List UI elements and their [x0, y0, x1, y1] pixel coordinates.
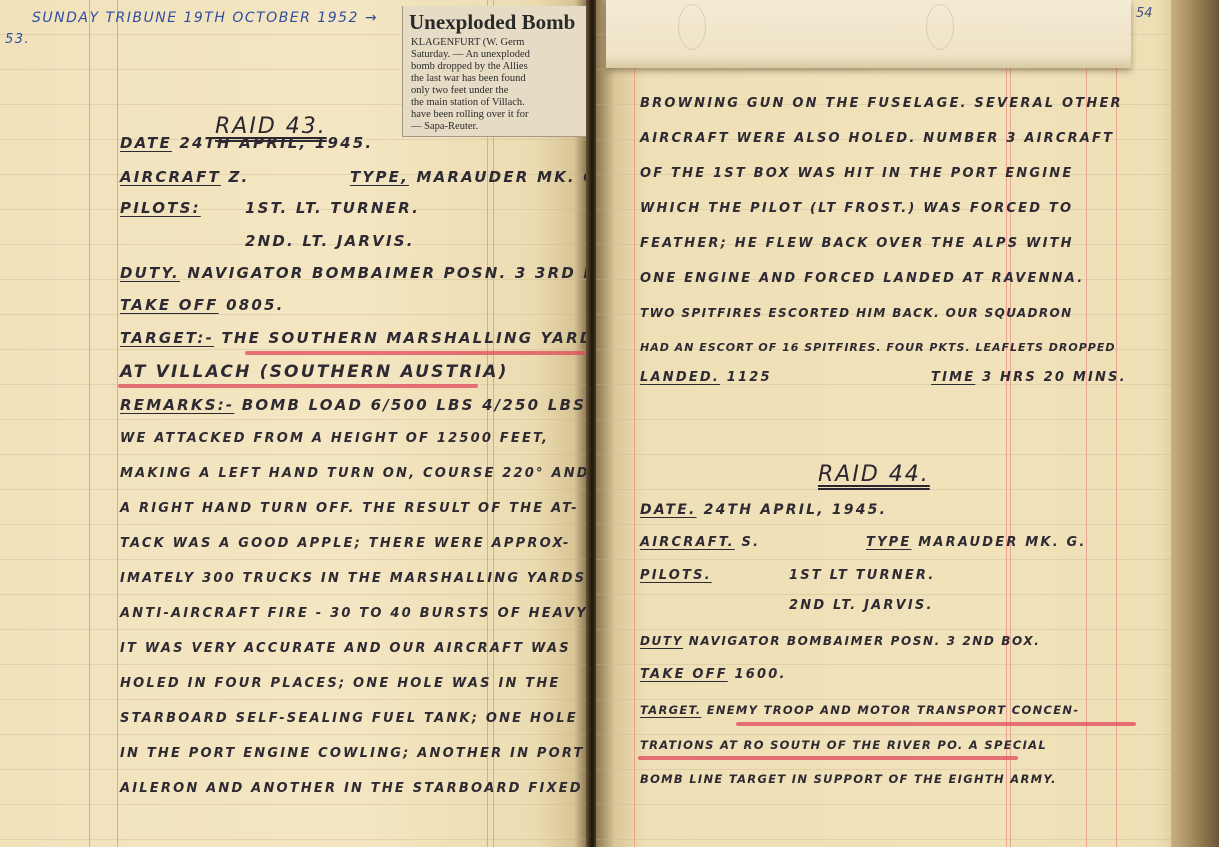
takeoff-row: TAKE OFF 0805. — [120, 296, 285, 314]
continuation-line: ONE ENGINE AND FORCED LANDED AT RAVENNA. — [640, 271, 1084, 286]
remarks-line: ANTI-AIRCRAFT FIRE - 30 to 40 BURSTS OF … — [120, 606, 592, 621]
clipping-line: the last war has been found — [411, 73, 592, 85]
target-line-3: BOMB LINE TARGET IN SUPPORT OF THE EIGHT… — [640, 772, 1057, 786]
margin-rule — [1006, 0, 1007, 847]
duty-row: DUTY NAVIGATOR BOMBAIMER POSN. 3 2ND BOX… — [640, 634, 1040, 648]
folded-paper-strip — [606, 0, 1131, 68]
aircraft-value: Z. — [228, 168, 249, 186]
date-value: 24th APRIL, 1945. — [704, 502, 888, 518]
clipping-line: bomb dropped by the Allies — [411, 61, 592, 73]
aircraft-label: AIRCRAFT — [120, 168, 221, 186]
duty-label: DUTY — [640, 634, 683, 648]
date-row: DATE 24th APRIL, 1945. — [120, 134, 373, 152]
right-page: 54 BROWNING GUN ON THE FUSELAGE. SEVERAL… — [596, 0, 1219, 847]
pilot-2: 2ND LT. JARVIS. — [789, 598, 934, 613]
red-underline — [118, 384, 478, 388]
newspaper-clipping: Unexploded Bomb KLAGENFURT (W. Germ Satu… — [402, 6, 592, 137]
pilots-label: PILOTS: — [120, 199, 201, 217]
pilot-1: 1ST. LT. TURNER. — [245, 199, 420, 217]
type-value: MARAUDER MK. G — [416, 168, 592, 186]
clipping-line: have been rolling over it for — [411, 109, 592, 121]
clipping-line: — Sapa-Reuter. — [411, 121, 592, 133]
margin-rule — [1010, 0, 1011, 847]
duty-label: DUTY. — [120, 264, 180, 282]
date-label: DATE — [120, 134, 172, 152]
target-row: TARGET. ENEMY TROOP AND MOTOR TRANSPORT … — [640, 703, 1079, 717]
takeoff-label: TAKE OFF — [640, 667, 728, 682]
page-number: 53. — [5, 32, 30, 47]
margin-rule — [634, 0, 635, 847]
red-underline — [245, 351, 585, 355]
remarks-line: MAKING A LEFT HAND TURN ON, COURSE 220° … — [120, 466, 590, 481]
date-label: DATE. — [640, 502, 697, 518]
page-edges — [1171, 0, 1219, 847]
remarks-line: WE ATTACKED FROM A HEIGHT OF 12500 FEET, — [120, 431, 549, 446]
remarks-line: STARBOARD SELF-SEALING FUEL TANK; ONE HO… — [120, 711, 578, 726]
landed-value: 1125 — [727, 370, 772, 385]
remarks-row: REMARKS:- BOMB LOAD 6/500 lbs 4/250 lbs. — [120, 396, 592, 414]
red-underline — [638, 756, 1018, 760]
left-page: 53. SUNDAY TRIBUNE 19th OCTOBER 1952 → U… — [0, 0, 592, 847]
target-label: TARGET. — [640, 703, 701, 717]
margin-rule — [1086, 0, 1087, 847]
pilots-label-text: PILOTS. — [640, 568, 712, 583]
remarks-line: IMATELY 300 TRUCKS IN THE MARSHALLING YA… — [120, 571, 592, 586]
target-line-1: THE SOUTHERN MARSHALLING YARD — [221, 329, 592, 347]
continuation-line: FEATHER; HE FLEW BACK OVER THE ALPS WITH — [640, 236, 1074, 251]
newspaper-reference: SUNDAY TRIBUNE 19th OCTOBER 1952 → — [32, 10, 378, 26]
target-line-1: ENEMY TROOP AND MOTOR TRANSPORT CONCEN- — [707, 703, 1080, 717]
aircraft-label: AIRCRAFT. — [640, 535, 735, 550]
aircraft-row: AIRCRAFT Z. — [120, 168, 249, 186]
page-number: 54 — [1136, 6, 1153, 21]
type-label: TYPE — [866, 535, 912, 550]
continuation-line: BROWNING GUN ON THE FUSELAGE. SEVERAL OT… — [640, 96, 1123, 111]
remarks-value: BOMB LOAD 6/500 lbs 4/250 lbs. — [242, 396, 592, 414]
pilots-label-text: PILOTS: — [120, 199, 201, 217]
time-label: TIME — [931, 370, 975, 385]
clipping-line: only two feet under the — [411, 85, 592, 97]
clipping-body: KLAGENFURT (W. Germ Saturday. — An unexp… — [403, 35, 592, 133]
margin-rule — [1116, 0, 1117, 847]
continuation-line: OF THE 1ST BOX WAS HIT IN THE PORT ENGIN… — [640, 166, 1073, 181]
time-row: TIME 3 HRS 20 MINS. — [931, 370, 1127, 385]
time-value: 3 HRS 20 MINS. — [982, 370, 1127, 385]
type-value: MARAUDER MK. G. — [918, 535, 1086, 550]
takeoff-label: TAKE OFF — [120, 296, 219, 314]
continuation-line: HAD AN ESCORT OF 16 SPITFIRES. FOUR PKTS… — [640, 341, 1116, 354]
logbook-spread: 53. SUNDAY TRIBUNE 19th OCTOBER 1952 → U… — [0, 0, 1219, 847]
ruled-lines — [596, 0, 1219, 847]
red-underline — [736, 722, 1136, 726]
duty-value: NAVIGATOR BOMBAIMER POSN. 3 3rd BOX — [187, 264, 592, 282]
margin-rule — [117, 0, 118, 847]
remarks-line: TACK WAS A GOOD APPLE; THERE WERE APPROX… — [120, 536, 571, 551]
continuation-line: TWO SPITFIRES ESCORTED HIM BACK. OUR SQU… — [640, 306, 1073, 320]
aircraft-row: AIRCRAFT. S. — [640, 535, 760, 550]
raid-title: RAID 44. — [818, 462, 930, 487]
clipping-line: the main station of Villach. — [411, 97, 592, 109]
clipping-line: KLAGENFURT (W. Germ — [411, 37, 592, 49]
takeoff-value: 0805. — [226, 296, 284, 314]
remarks-line: IT WAS VERY ACCURATE AND OUR AIRCRAFT WA… — [120, 641, 571, 656]
clipping-headline: Unexploded Bomb — [403, 6, 592, 35]
margin-rule — [89, 0, 90, 847]
target-line-2: TRATIONS AT RO SOUTH OF THE RIVER PO. A … — [640, 738, 1047, 752]
type-row: TYPE, MARAUDER MK. G — [350, 168, 592, 186]
remarks-label: REMARKS:- — [120, 396, 234, 414]
landed-row: LANDED. 1125 — [640, 370, 772, 385]
watermark-stamp-icon — [926, 4, 954, 50]
pilot-1: 1ST LT TURNER. — [789, 568, 936, 583]
duty-value: NAVIGATOR BOMBAIMER POSN. 3 2ND BOX. — [689, 634, 1041, 648]
target-label: TARGET:- — [120, 329, 214, 347]
takeoff-value: 1600. — [735, 667, 787, 682]
watermark-stamp-icon — [678, 4, 706, 50]
type-row: TYPE MARAUDER MK. G. — [866, 535, 1087, 550]
remarks-line: A RIGHT HAND TURN OFF. THE RESULT OF THE… — [120, 501, 579, 516]
takeoff-row: TAKE OFF 1600. — [640, 667, 787, 682]
pilots-label: PILOTS. — [640, 568, 712, 583]
landed-label: LANDED. — [640, 370, 720, 385]
remarks-line: AILERON AND ANOTHER IN THE STARBOARD FIX… — [120, 781, 583, 796]
remarks-line: IN THE PORT ENGINE COWLING; ANOTHER IN P… — [120, 746, 585, 761]
clipping-line: Saturday. — An unexploded — [411, 49, 592, 61]
aircraft-value: S. — [742, 535, 761, 550]
remarks-line: HOLED IN FOUR PLACES; ONE HOLE WAS IN TH… — [120, 676, 561, 691]
continuation-line: AIRCRAFT WERE ALSO HOLED. NUMBER 3 AIRCR… — [640, 131, 1114, 146]
type-label: TYPE, — [350, 168, 409, 186]
duty-row: DUTY. NAVIGATOR BOMBAIMER POSN. 3 3rd BO… — [120, 264, 592, 282]
date-value: 24th APRIL, 1945. — [179, 134, 373, 152]
target-line-2: AT VILLACH (SOUTHERN AUSTRIA) — [120, 362, 509, 382]
pilot-2: 2ND. LT. JARVIS. — [245, 232, 415, 250]
continuation-line: WHICH THE PILOT (LT FROST.) WAS FORCED T… — [640, 201, 1073, 216]
target-row: TARGET:- THE SOUTHERN MARSHALLING YARD — [120, 329, 592, 347]
date-row: DATE. 24th APRIL, 1945. — [640, 502, 887, 518]
